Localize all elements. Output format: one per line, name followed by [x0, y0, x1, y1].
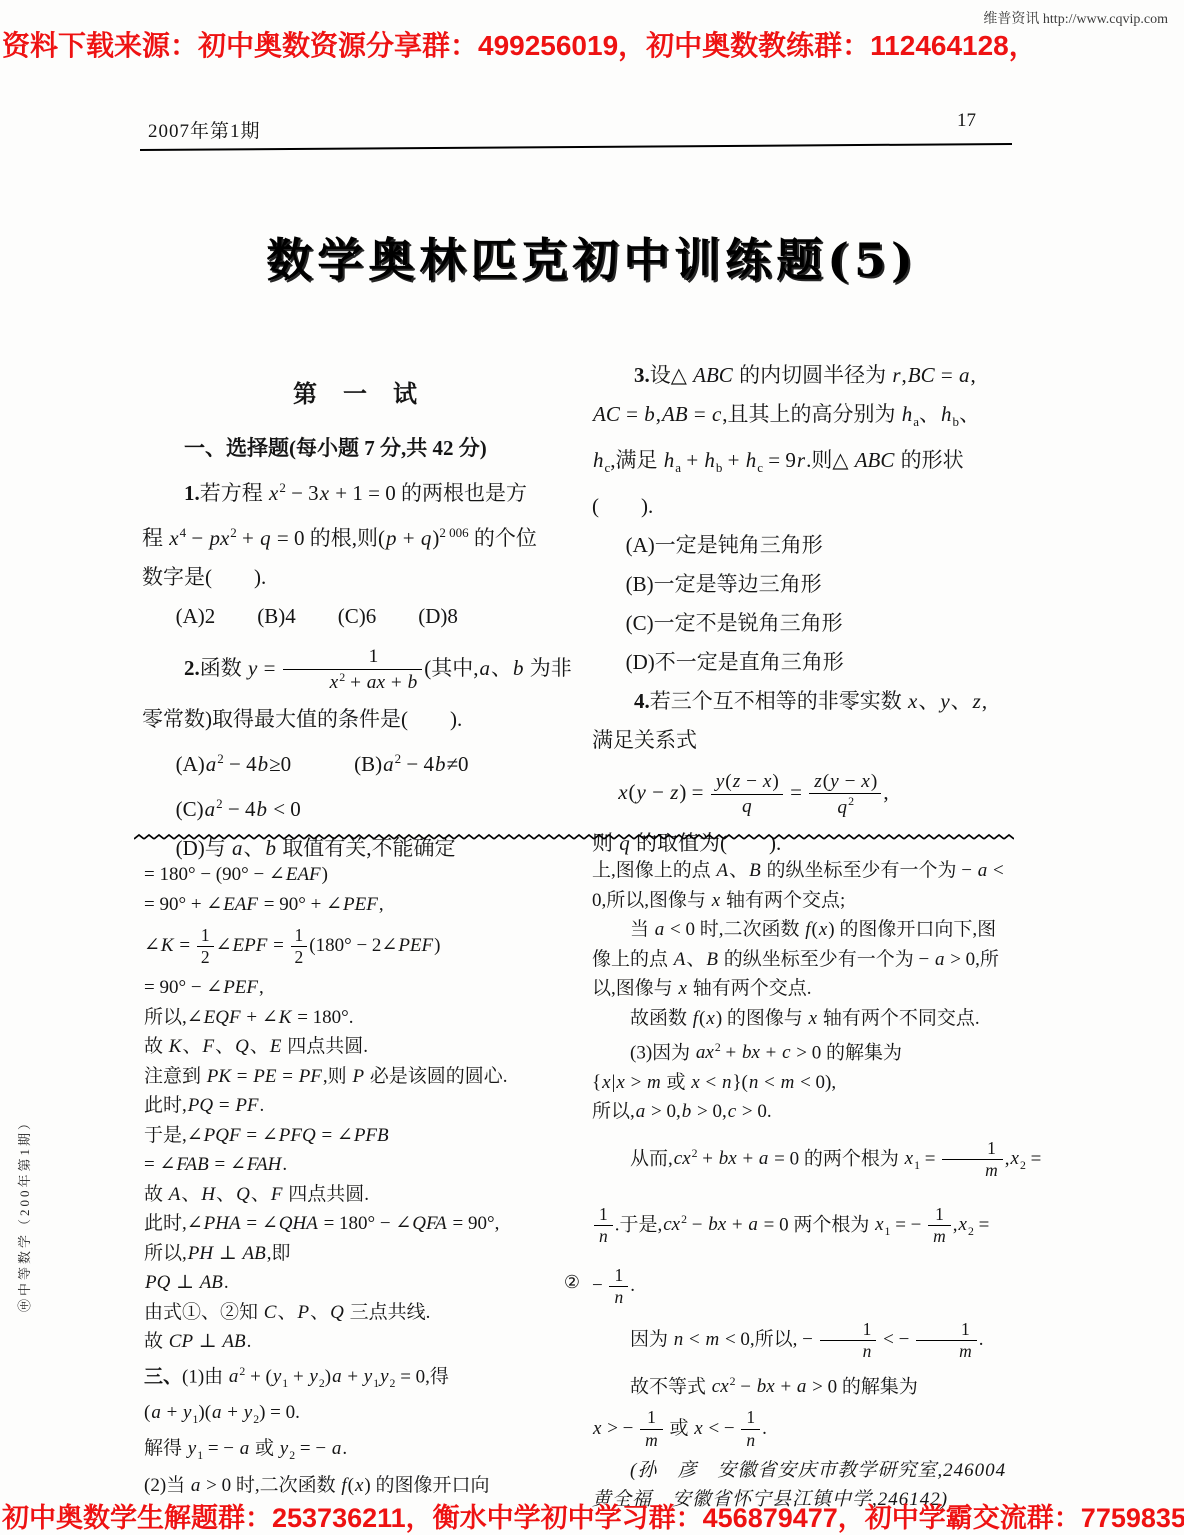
header-rule [140, 143, 1012, 151]
text-line: (A)一定是钝角三角形 [592, 526, 1058, 565]
text-line: 当 a < 0 时,二次函数 f(x) 的图像开口向下,图 [592, 915, 1058, 945]
text-line: 4.若三个互不相等的非零实数 x、y、z, [592, 682, 1058, 721]
text-line: (D)不一定是直角三角形 [592, 643, 1058, 682]
text-line: 故函数 f(x) 的图像与 x 轴有两个不同交点. [592, 1004, 1058, 1034]
text-line: 数字是( ). [142, 558, 578, 597]
text-line: 所以,PH ⊥ AB,即 [144, 1239, 580, 1269]
text-line: 故 CP ⊥ AB. [144, 1327, 580, 1357]
cqvip-watermark: 维普资讯 http://www.cqvip.com [983, 8, 1168, 28]
text-line: 由式①、②知 C、P、Q 三点共线. [144, 1298, 580, 1328]
journal-side-note: ㊥中等数学（200年第1期） [14, 1114, 33, 1312]
column-top-right: 3.设△ ABC 的内切圆半径为 r,BC = a,AC = b,AB = c,… [592, 356, 1058, 863]
text-line: 1n.于是,cx2 − bx + a = 0 两个根为 x1 = − 1m,x2… [592, 1193, 1058, 1259]
text-line: 2.函数 y = 1x2 + ax + b(其中,a、b 为非 [142, 636, 578, 700]
text-line: = 180° − (90° − ∠EAF) [144, 860, 580, 890]
text-line: PQ ⊥ AB.② [144, 1268, 580, 1298]
text-line: 满足关系式 [592, 721, 1058, 760]
text-line: 一、选择题(每小题 7 分,共 42 分) [142, 429, 578, 468]
text-line: 零常数)取得最大值的条件是( ). [142, 700, 578, 739]
text-line: 注意到 PK = PE = PF,则 P 必是该圆的圆心. [144, 1062, 580, 1092]
text-line: ∠K = 12∠EPF = 12(180° − 2∠PEF) [144, 919, 580, 973]
text-line: = 90° − ∠PEF, [144, 973, 580, 1003]
text-line: 三、(1)由 a2 + (y1 + y2)a + y1y2 = 0,得 [144, 1357, 580, 1399]
text-line: 从而,cx2 + bx + a = 0 的两个根为 x1 = 1m,x2 = [592, 1127, 1058, 1193]
text-line: AC = b,AB = c,且其上的高分别为 ha、hb、 [592, 395, 1058, 441]
text-line: x > − 1m 或 x < − 1n. [592, 1402, 1058, 1456]
text-line: 所以,a > 0,b > 0,c > 0. [592, 1097, 1058, 1127]
text-line: 上,图像上的点 A、B 的纵坐标至少有一个为 − a < [592, 856, 1058, 886]
text-line: 解得 y1 = − a 或 y2 = − a. [144, 1434, 580, 1470]
section-heading: 第 一 试 [142, 374, 578, 409]
solution-left: = 180° − (90° − ∠EAF)= 90° + ∠EAF = 90° … [144, 860, 580, 1500]
text-line: (C)a2 − 4b < 0 [142, 784, 578, 829]
article-title: 数学奥林匹克初中训练题(5) [0, 224, 1184, 290]
text-line: 此时,PQ = PF. [144, 1091, 580, 1121]
top-promo-banner: 资料下载来源：初中奥数资源分享群：499256019，初中奥数教练群：11246… [2, 24, 1037, 64]
text-line: 0,所以,图像与 x 轴有两个交点; [592, 886, 1058, 916]
text-line: hc,满足 ha + hb + hc = 9r.则△ ABC 的形状 [592, 441, 1058, 487]
bottom-promo-banner: 初中奥数学生解题群：253736211，衡水中学初中学习群：456879477，… [2, 1496, 1184, 1535]
text-line: 以,图像与 x 轴有两个交点. [592, 974, 1058, 1004]
text-line: 所以,∠EQF + ∠K = 180°. [144, 1003, 580, 1033]
text-line: = 90° + ∠EAF = 90° + ∠PEF, [144, 890, 580, 920]
text-line: 故 K、F、Q、E 四点共圆. [144, 1032, 580, 1062]
column-top-left: 第 一 试 一、选择题(每小题 7 分,共 42 分)1.若方程 x2 − 3x… [142, 368, 578, 868]
text-line: (C)一定不是锐角三角形 [592, 604, 1058, 643]
text-line: 1.若方程 x2 − 3x + 1 = 0 的两根也是方 [142, 468, 578, 513]
text-line: 故不等式 cx2 − bx + a > 0 的解集为 [592, 1367, 1058, 1402]
problems-left: 一、选择题(每小题 7 分,共 42 分)1.若方程 x2 − 3x + 1 =… [142, 429, 578, 868]
text-line: 于是,∠PQF = ∠PFQ = ∠PFB [144, 1121, 580, 1151]
text-line: (3)因为 ax2 + bx + c > 0 的解集为 [592, 1033, 1058, 1068]
text-line: 此时,∠PHA = ∠QHA = 180° − ∠QFA = 90°, [144, 1209, 580, 1239]
wavy-divider [134, 832, 1014, 842]
text-line: = ∠FAB = ∠FAH. [144, 1150, 580, 1180]
journal-issue: 2007年第1期 [148, 116, 261, 143]
text-line: (a + y1)(a + y2) = 0. [144, 1398, 580, 1434]
text-line: (A)2 (B)4 (C)6 (D)8 [142, 597, 578, 636]
text-line: (A)a2 − 4b≥0 (B)a2 − 4b≠0 [142, 739, 578, 784]
text-line: ( ). [592, 487, 1058, 526]
column-bottom-left: = 180° − (90° − ∠EAF)= 90° + ∠EAF = 90° … [144, 860, 580, 1500]
column-bottom-right: 上,图像上的点 A、B 的纵坐标至少有一个为 − a <0,所以,图像与 x 轴… [592, 856, 1058, 1515]
text-line: x(y − z) = y(z − x)q = z(y − x)q2, [592, 760, 1058, 824]
text-line: − 1n. [592, 1259, 1058, 1313]
text-line: 3.设△ ABC 的内切圆半径为 r,BC = a, [592, 356, 1058, 395]
text-line: (B)一定是等边三角形 [592, 565, 1058, 604]
text-line: 故 A、H、Q、F 四点共圆. [144, 1180, 580, 1210]
text-line: (孙 彦 安徽省安庆市教学研究室,246004 [592, 1456, 1058, 1486]
problems-right: 3.设△ ABC 的内切圆半径为 r,BC = a,AC = b,AB = c,… [592, 356, 1058, 863]
text-line: 程 x4 − px2 + q = 0 的根,则(p + q)2 006 的个位 [142, 513, 578, 558]
text-line: 因为 n < m < 0,所以, − 1n < − 1m. [592, 1313, 1058, 1367]
text-line: 像上的点 A、B 的纵坐标至少有一个为 − a > 0,所 [592, 945, 1058, 975]
text-line: {x|x > m 或 x < n}(n < m < 0), [592, 1068, 1058, 1098]
solution-right: 上,图像上的点 A、B 的纵坐标至少有一个为 − a <0,所以,图像与 x 轴… [592, 856, 1058, 1515]
page-number: 17 [957, 110, 976, 132]
